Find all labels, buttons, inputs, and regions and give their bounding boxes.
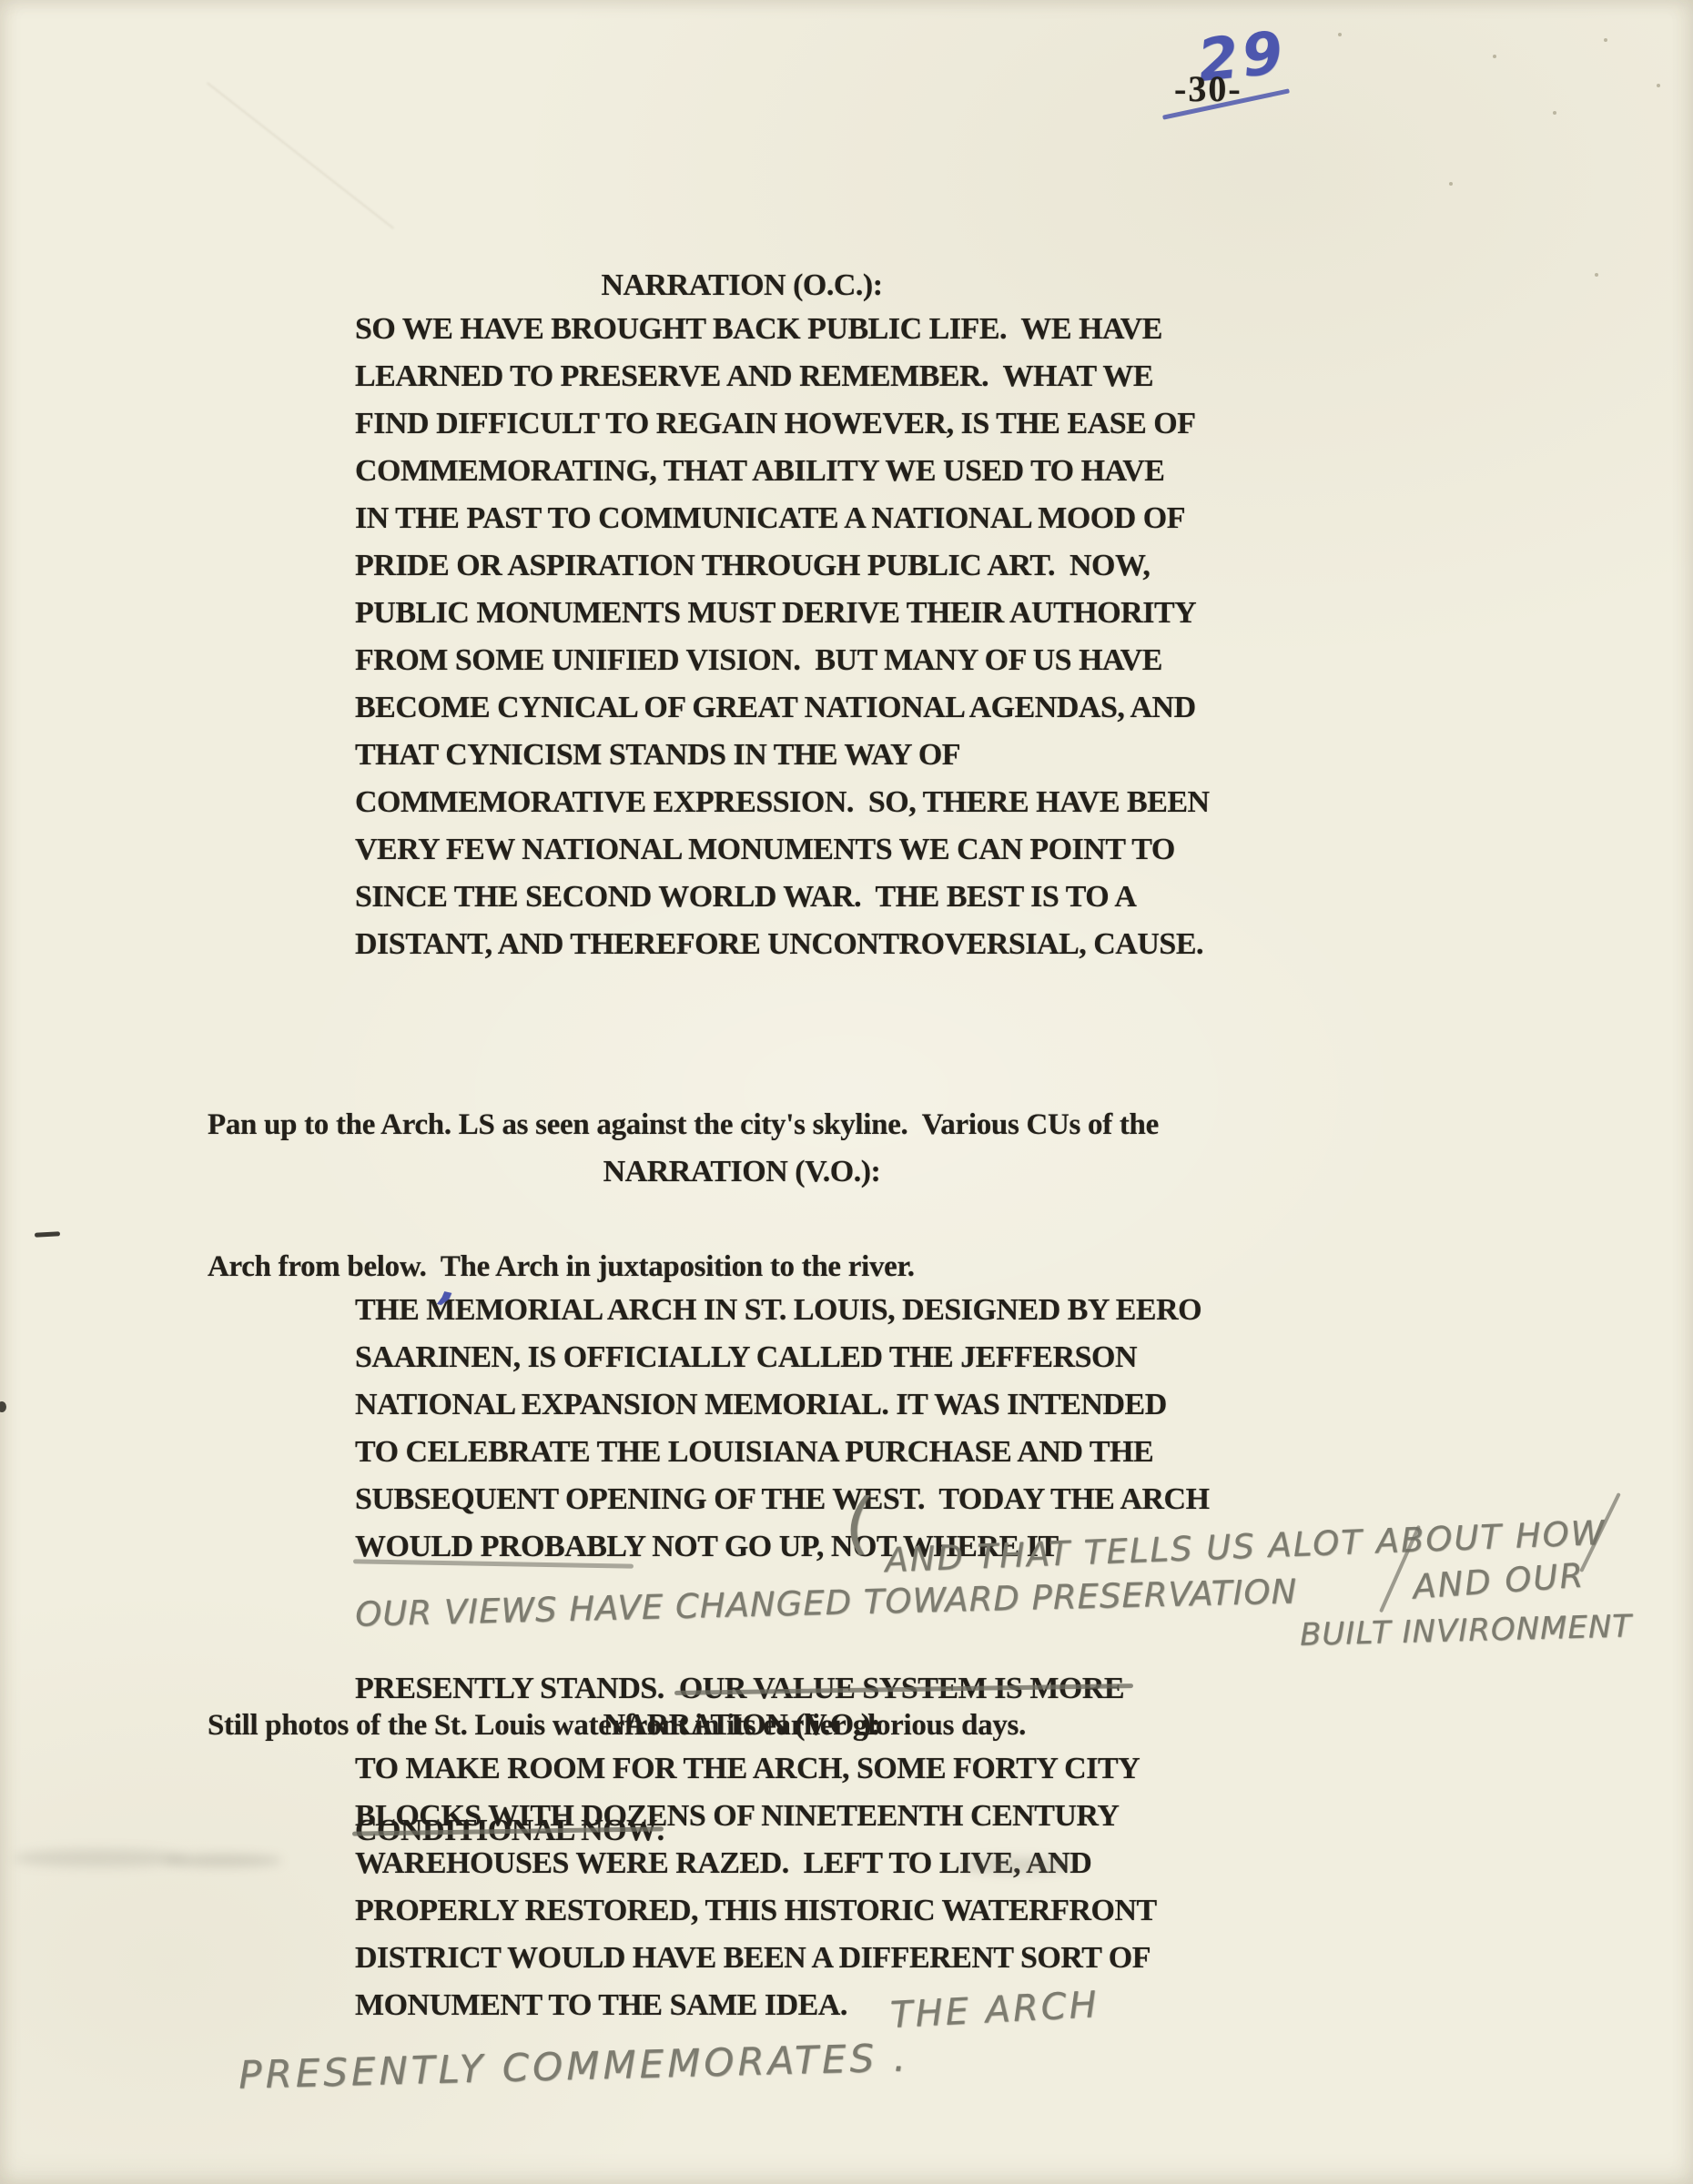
typed-lines-group: THE MEMORIAL ARCH IN ST. LOUIS, DESIGNED…: [355, 1287, 1210, 1571]
typed-line: PRIDE OR ASPIRATION THROUGH PUBLIC ART. …: [355, 542, 1210, 590]
margin-dash: [35, 1231, 60, 1237]
typed-line: COMMEMORATIVE EXPRESSION. SO, THERE HAVE…: [355, 779, 1210, 826]
eraser-smudge-midline: [956, 1858, 1074, 1873]
paper-speck: [1338, 33, 1342, 36]
narration-heading-vo-1: NARRATION (V.O.):: [355, 1148, 1129, 1196]
typed-line: TO MAKE ROOM FOR THE ARCH, SOME FORTY CI…: [355, 1745, 1157, 1793]
typed-line: NATIONAL EXPANSION MEMORIAL. IT WAS INTE…: [355, 1381, 1210, 1429]
paper-speck: [1493, 55, 1496, 58]
paper-speck: [1553, 111, 1556, 115]
pencil-note-5: PRESENTLY COMMEMORATES .: [238, 2035, 909, 2097]
narration-heading-oc: NARRATION (O.C.):: [355, 262, 1129, 309]
typed-line: TO CELEBRATE THE LOUISIANA PURCHASE AND …: [355, 1429, 1210, 1476]
typed-line: SUBSEQUENT OPENING OF THE WEST. TODAY TH…: [355, 1476, 1210, 1523]
typed-line: FROM SOME UNIFIED VISION. BUT MANY OF US…: [355, 637, 1210, 684]
typed-line: IN THE PAST TO COMMUNICATE A NATIONAL MO…: [355, 495, 1210, 542]
margin-dot: [0, 1401, 6, 1412]
paper-speck: [1595, 273, 1598, 277]
typed-line: COMMEMORATING, THAT ABILITY WE USED TO H…: [355, 448, 1210, 495]
typed-line: BLOCKS WITH DOZENS OF NINETEENTH CENTURY: [355, 1793, 1157, 1840]
typed-line: SINCE THE SECOND WORLD WAR. THE BEST IS …: [355, 874, 1210, 921]
typed-line: VERY FEW NATIONAL MONUMENTS WE CAN POINT…: [355, 826, 1210, 874]
typed-line: PUBLIC MONUMENTS MUST DERIVE THEIR AUTHO…: [355, 590, 1210, 637]
narration-heading-vo-2: NARRATION (V.O.):: [355, 1702, 1129, 1749]
direction-line: Pan up to the Arch. LS as seen against t…: [208, 1101, 1159, 1148]
typed-line: PROPERLY RESTORED, THIS HISTORIC WATERFR…: [355, 1887, 1157, 1935]
typed-line: SO WE HAVE BROUGHT BACK PUBLIC LIFE. WE …: [355, 306, 1210, 353]
paper-speck: [1604, 38, 1607, 42]
typed-line: THAT CYNICISM STANDS IN THE WAY OF: [355, 732, 1210, 779]
typed-line: THE MEMORIAL ARCH IN ST. LOUIS, DESIGNED…: [355, 1287, 1210, 1334]
typed-line: SAARINEN, IS OFFICIALLY CALLED THE JEFFE…: [355, 1334, 1210, 1381]
typed-line: BECOME CYNICAL OF GREAT NATIONAL AGENDAS…: [355, 684, 1210, 732]
eraser-smudge-left-2: [164, 1855, 282, 1866]
typed-line: DISTANT, AND THEREFORE UNCONTROVERSIAL, …: [355, 921, 1210, 968]
pencil-note-3: BUILT INVIRONMENT: [1300, 1608, 1633, 1653]
typed-line: FIND DIFFICULT TO REGAIN HOWEVER, IS THE…: [355, 400, 1210, 448]
paper-speck: [1449, 182, 1453, 186]
paper-crease: [207, 82, 394, 229]
typed-line: DISTRICT WOULD HAVE BEEN A DIFFERENT SOR…: [355, 1935, 1157, 1982]
eraser-smudge-left: [13, 1849, 186, 1867]
typed-line: LEARNED TO PRESERVE AND REMEMBER. WHAT W…: [355, 353, 1210, 400]
paper-speck: [1657, 84, 1660, 87]
script-page-scan: 29 -30- NARRATION (O.C.): SO WE HAVE BRO…: [0, 0, 1693, 2184]
narration-block-1: SO WE HAVE BROUGHT BACK PUBLIC LIFE. WE …: [355, 306, 1210, 968]
pencil-note-2b: AND OUR: [1412, 1555, 1587, 1606]
